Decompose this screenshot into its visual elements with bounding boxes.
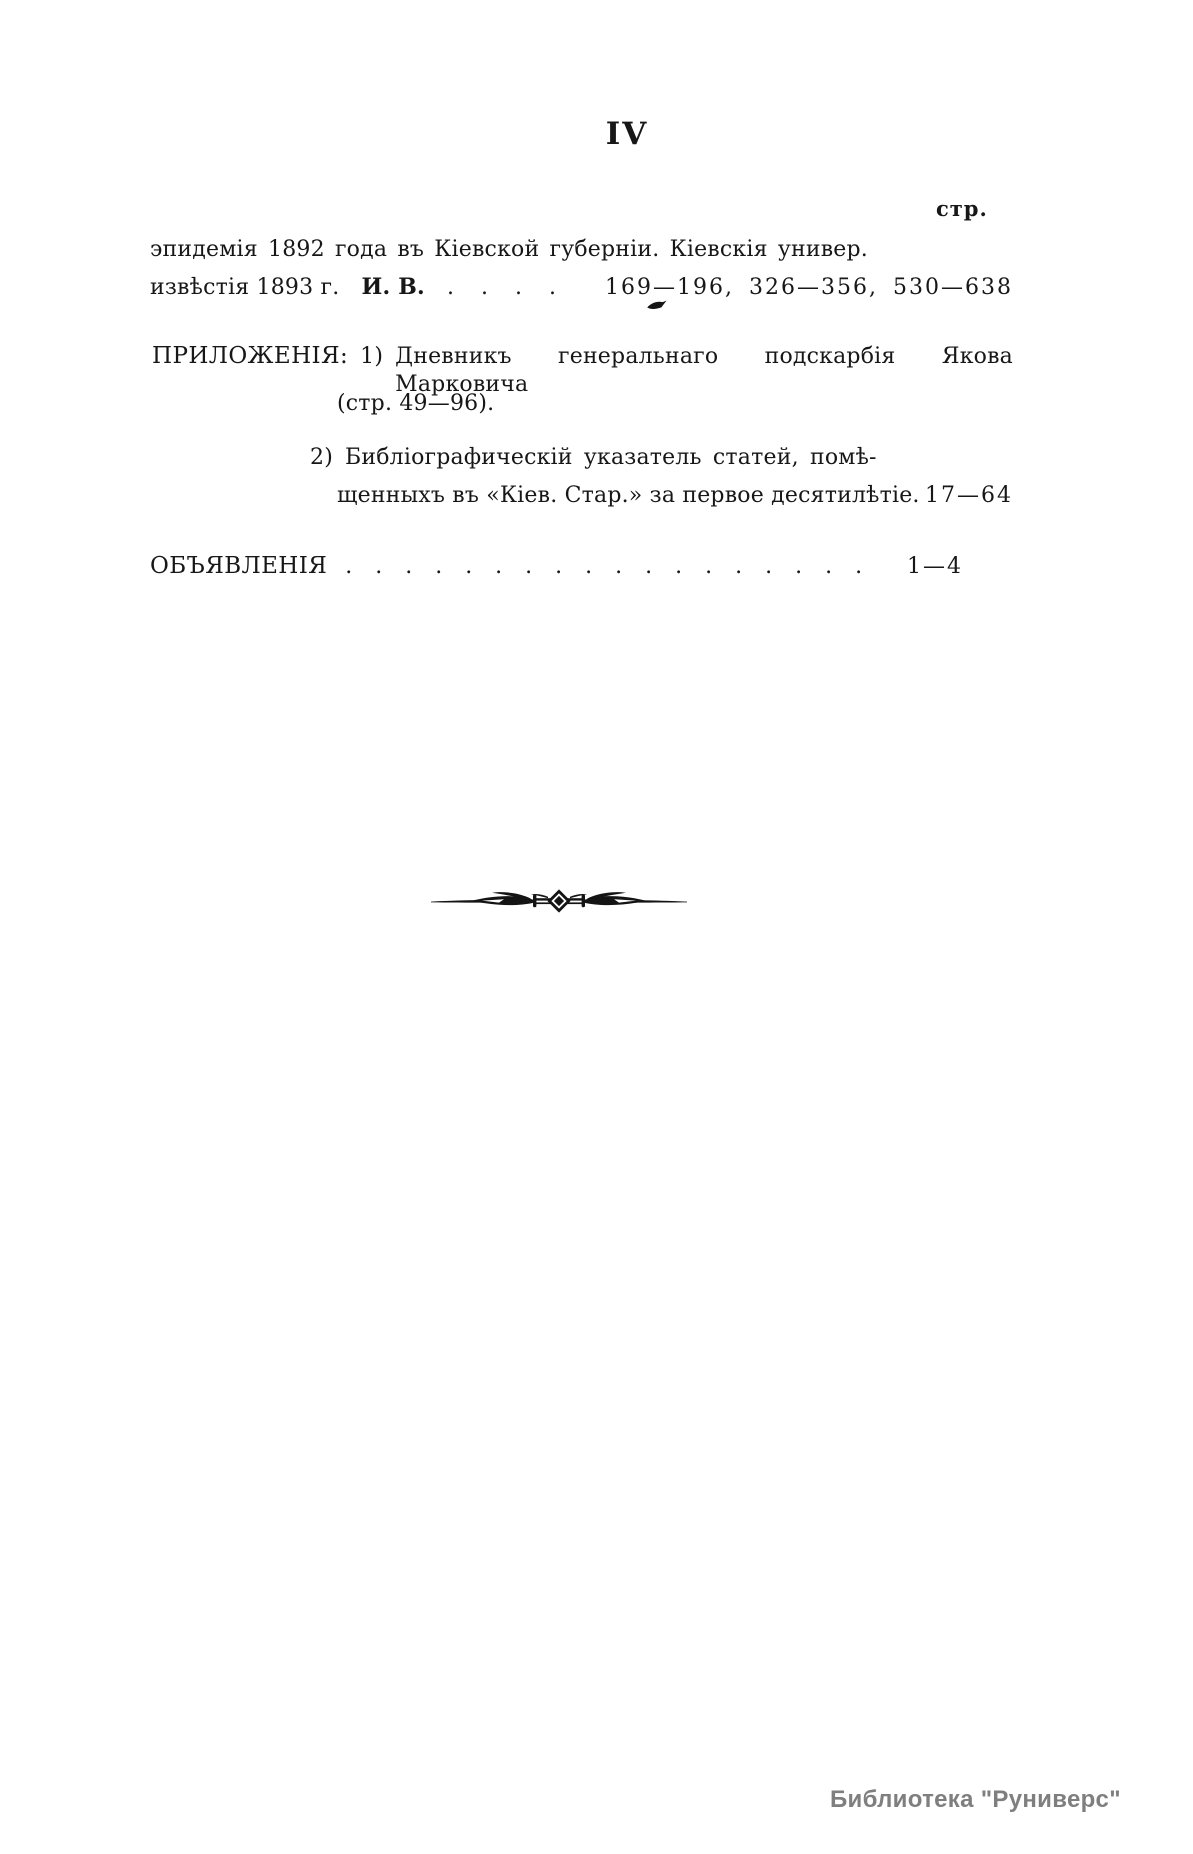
toc-entry-continued-line2: извѣстія 1893 г. И. В. .... 169—196, 326…: [150, 274, 1013, 302]
appendix-item1-number: 1): [360, 343, 383, 371]
announcements-dot-leader: ..................: [327, 553, 907, 581]
appendix-item2-pages: 17—64: [925, 482, 1013, 510]
library-watermark: Библиотека "Руниверс": [830, 1786, 1121, 1814]
print-smudge-artifact: [645, 299, 668, 312]
announcements-row: ОБЪЯВЛЕНІЯ .................. 1—4: [150, 552, 963, 581]
appendix-item2-title-line1: Библіографическій указатель статей, помѣ…: [345, 444, 877, 472]
appendix-item2-number: 2): [310, 444, 333, 472]
appendix-item1-pages: (стр. 49—96).: [337, 390, 494, 418]
book-page-scan: IV стр. эпидемія 1892 года въ Кіевской г…: [0, 0, 1193, 1854]
appendices-item1-row: ПРИЛОЖЕНІЯ: 1) Дневникъ генеральнаго под…: [152, 342, 1013, 398]
page-number: IV: [557, 116, 697, 152]
announcements-label: ОБЪЯВЛЕНІЯ: [150, 552, 327, 581]
toc-entry-continued-line1: эпидемія 1892 года въ Кіевской губерніи.…: [150, 236, 868, 264]
appendices-section-label: ПРИЛОЖЕНІЯ:: [152, 342, 348, 371]
entry-page-numbers: 169—196, 326—356, 530—638: [605, 274, 1013, 302]
ornament-divider: [430, 886, 688, 914]
announcements-pages: 1—4: [907, 553, 963, 581]
entry-text: извѣстія 1893 г.: [150, 274, 339, 302]
page-column-label: стр.: [936, 196, 988, 221]
appendices-item2-row: 2) Библіографическій указатель статей, п…: [310, 444, 877, 472]
dot-leader: ....: [447, 274, 583, 302]
appendix-item2-title-line2: щенныхъ въ «Кіев. Стар.» за первое десят…: [337, 482, 920, 510]
appendices-item2-row2: щенныхъ въ «Кіев. Стар.» за первое десят…: [337, 482, 1013, 510]
author-initials: И. В.: [362, 274, 425, 302]
